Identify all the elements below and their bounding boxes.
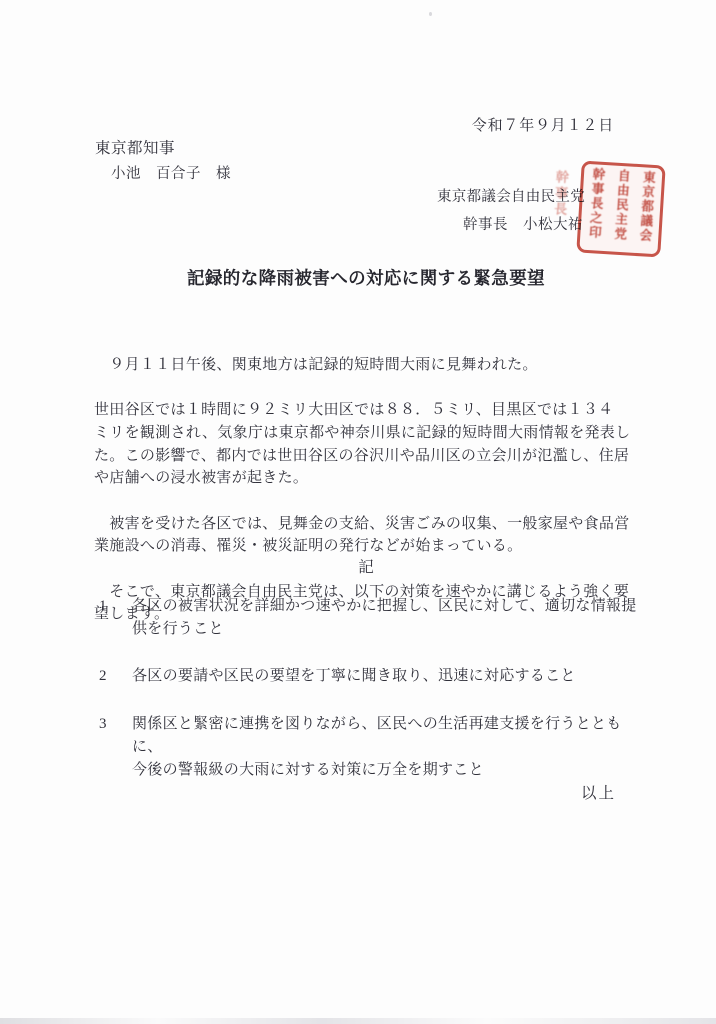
seal-stamp-column: 東京都議会 xyxy=(638,170,655,251)
request-number: 3 xyxy=(99,713,132,781)
request-number: 2 xyxy=(99,665,132,688)
scan-edge-artifact xyxy=(0,1018,716,1024)
request-item: 2 各区の要請や区民の要望を丁寧に聞き取り、迅速に対応すること xyxy=(99,665,639,688)
seal-stamp-ghost-impression: 幹事長 xyxy=(550,170,571,219)
scan-speck xyxy=(429,12,432,16)
request-text: 関係区と緊密に連携を図りながら、区民への生活再建支援を行うとともに、 今後の警報… xyxy=(132,713,639,781)
request-text: 各区の被害状況を詳細かつ速やかに把握し、区民に対して、適切な情報提 供を行うこと xyxy=(132,595,639,640)
recipient-name: 小池 百合子 様 xyxy=(111,162,231,183)
official-seal-stamp: 東京都議会 自由民主党 幹事長之印 xyxy=(576,161,665,258)
seal-stamp-column: 幹事長之印 xyxy=(587,167,604,248)
body-paragraph: ９月１１日午後、関東地方は記録的短時間大雨に見舞われた。 xyxy=(94,354,646,377)
document-title: 記録的な降雨被害への対応に関する緊急要望 xyxy=(8,265,716,290)
request-number: 1 xyxy=(99,595,132,640)
body-paragraph: 被害を受けた各区では、見舞金の支給、災害ごみの収集、一般家屋や食品営 業施設への… xyxy=(94,513,646,558)
request-item: 1 各区の被害状況を詳細かつ速やかに把握し、区民に対して、適切な情報提 供を行う… xyxy=(99,595,639,640)
closing-marker: 以上 xyxy=(581,781,616,803)
seal-stamp-column: 自由民主党 xyxy=(612,169,629,250)
request-text: 各区の要請や区民の要望を丁寧に聞き取り、迅速に対応すること xyxy=(132,665,639,688)
scanned-letter-page: 令和７年９月１２日 東京都知事 小池 百合子 様 東京都議会自由民主党 幹事長 … xyxy=(0,0,716,1024)
body-paragraph: 世田谷区では１時間に９２ミリ大田区では８８．５ミリ、目黒区では１３４ ミリを観測… xyxy=(94,399,646,490)
request-list: 1 各区の被害状況を詳細かつ速やかに把握し、区民に対して、適切な情報提 供を行う… xyxy=(99,595,639,806)
recipient-title: 東京都知事 xyxy=(95,136,175,158)
seal-stamp-text: 東京都議会 自由民主党 幹事長之印 xyxy=(579,164,662,255)
document-date: 令和７年９月１２日 xyxy=(472,114,614,135)
notation-marker: 記 xyxy=(8,555,716,577)
request-item: 3 関係区と緊密に連携を図りながら、区民への生活再建支援を行うとともに、 今後の… xyxy=(99,713,639,781)
